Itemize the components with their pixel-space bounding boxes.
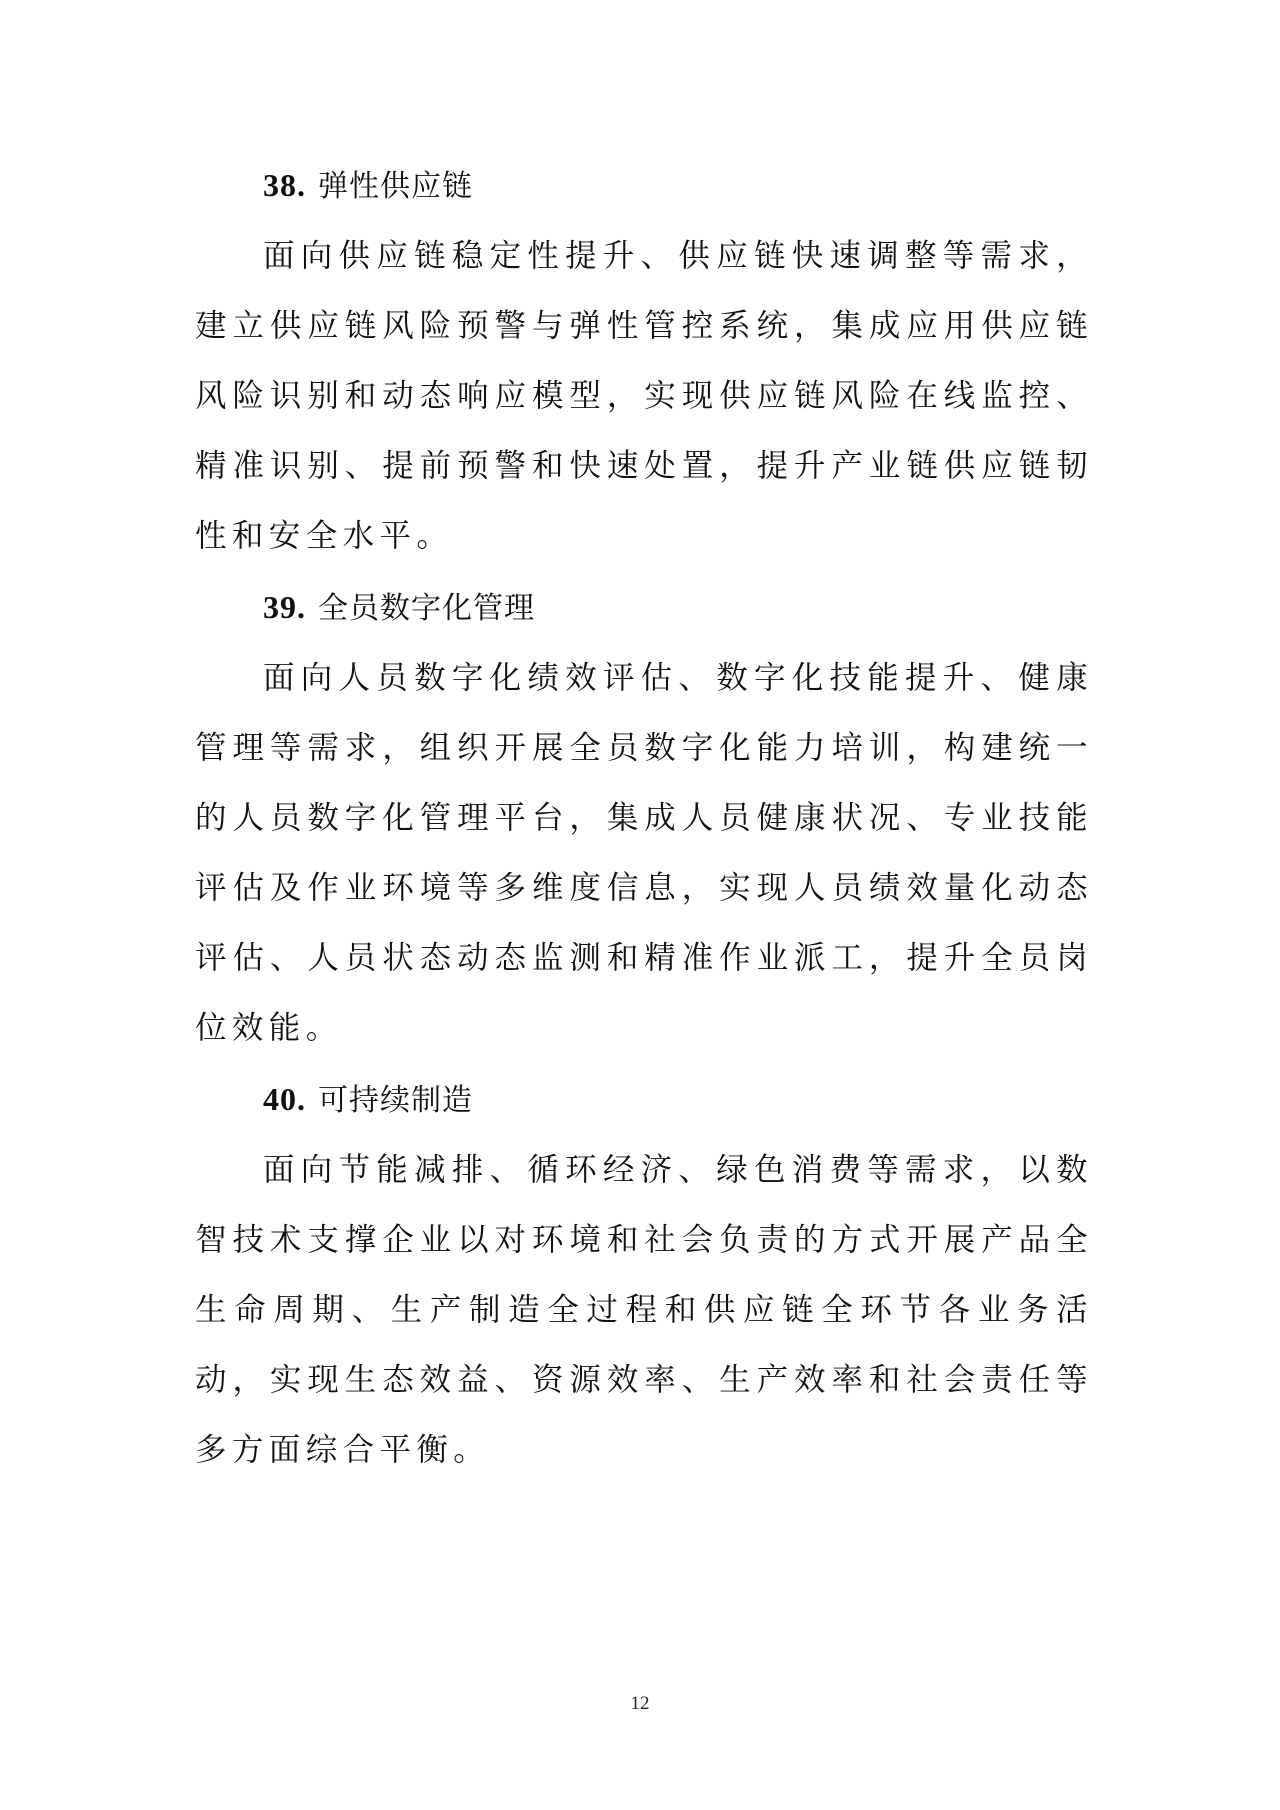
section-body-40: 面向节能减排、循环经济、绿色消费等需求，以数智技术支撑企业以对环境和社会负责的方… [195, 1135, 1093, 1485]
section-heading-38: 38.弹性供应链 [195, 165, 1093, 205]
section-heading-39: 39.全员数字化管理 [195, 587, 1093, 627]
section-heading-40: 40.可持续制造 [195, 1079, 1093, 1119]
page-content: 38.弹性供应链 面向供应链稳定性提升、供应链快速调整等需求，建立供应链风险预警… [195, 165, 1093, 1501]
document-page: 38.弹性供应链 面向供应链稳定性提升、供应链快速调整等需求，建立供应链风险预警… [0, 0, 1280, 1810]
section-number: 39. [263, 589, 306, 625]
page-number: 12 [0, 1693, 1280, 1715]
section-body-38: 面向供应链稳定性提升、供应链快速调整等需求，建立供应链风险预警与弹性管控系统，集… [195, 221, 1093, 571]
section-title: 全员数字化管理 [318, 591, 535, 626]
section-number: 40. [263, 1081, 306, 1117]
section-number: 38. [263, 167, 306, 203]
section-body-39: 面向人员数字化绩效评估、数字化技能提升、健康管理等需求，组织开展全员数字化能力培… [195, 643, 1093, 1063]
section-title: 可持续制造 [318, 1083, 473, 1118]
section-title: 弹性供应链 [318, 169, 473, 204]
